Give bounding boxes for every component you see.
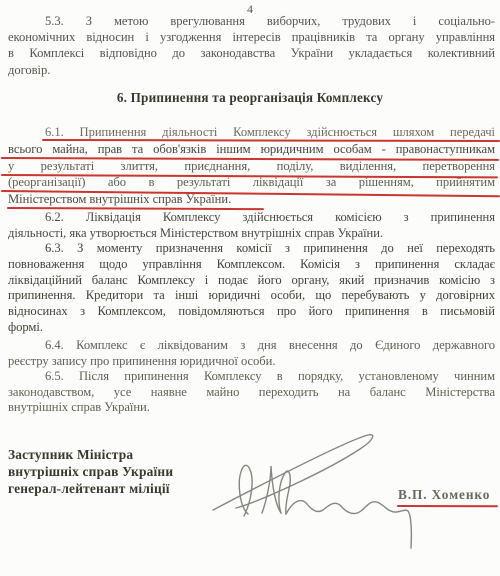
signatory-title-line: Заступник Міністра <box>8 446 173 463</box>
signatory-name: В.П. Хоменко <box>398 487 490 503</box>
text-line: відносинах з Комплексом, повідомляються … <box>8 304 495 320</box>
paragraph-6-5: 6.5. Після припинення Комплексу в порядк… <box>8 369 495 416</box>
paragraph-6-2: 6.2. Ліквідація Комплексу здійснюється к… <box>8 210 495 241</box>
text-line: економічних відносин і узгодження інтере… <box>8 29 495 45</box>
signatory-title-line: генерал-лейтенант міліції <box>8 480 173 497</box>
text-line: припинення. Кредитори та інші юридичні о… <box>8 288 495 304</box>
red-pen-underline-name <box>397 505 498 507</box>
text-line: 6.4. Комплекс є ліквідованим з дня внесе… <box>8 338 495 354</box>
text-line: 5.3. З метою врегулювання виборчих, труд… <box>8 13 495 29</box>
text-line: повноваження щодо управління Комплексом.… <box>8 257 495 273</box>
handwritten-signature <box>200 425 425 555</box>
paragraph-5-3: 5.3. З метою врегулювання виборчих, труд… <box>8 13 495 78</box>
text-line: реєстру запису про припинення юридичної … <box>8 354 495 370</box>
scanned-document-page: 4 5.3. З метою врегулювання виборчих, тр… <box>0 0 500 576</box>
text-line: діяльності, яка утворюється Міністерство… <box>8 226 495 242</box>
text-line: законодавством, усе наявне майно переход… <box>8 385 495 401</box>
text-line: ліквідаційний баланс Комплексу і подає й… <box>8 273 495 289</box>
text-line: 6.5. Після припинення Комплексу в порядк… <box>8 369 495 385</box>
text-line: формі. <box>8 320 495 336</box>
signatory-title-line: внутрішніх справ України <box>8 463 173 480</box>
paragraph-6-4: 6.4. Комплекс є ліквідованим з дня внесе… <box>8 338 495 369</box>
text-line: договір. <box>8 62 495 78</box>
paragraph-6-3: 6.3. З моменту призначення комісії з при… <box>8 241 495 336</box>
text-line: 6.2. Ліквідація Комплексу здійснюється к… <box>8 210 495 226</box>
text-line: внутрішніх справ України. <box>8 400 495 416</box>
text-line: 6.3. З моменту призначення комісії з при… <box>8 241 495 257</box>
text-line: всього майна, прав та обов'язків іншим ю… <box>8 141 495 158</box>
section-6-heading: 6. Припинення та реорганізація Комплексу <box>0 90 500 106</box>
signatory-title-block: Заступник Міністра внутрішніх справ Укра… <box>8 446 173 497</box>
text-line: в Комплексі відповідно до законодавства … <box>8 45 495 61</box>
